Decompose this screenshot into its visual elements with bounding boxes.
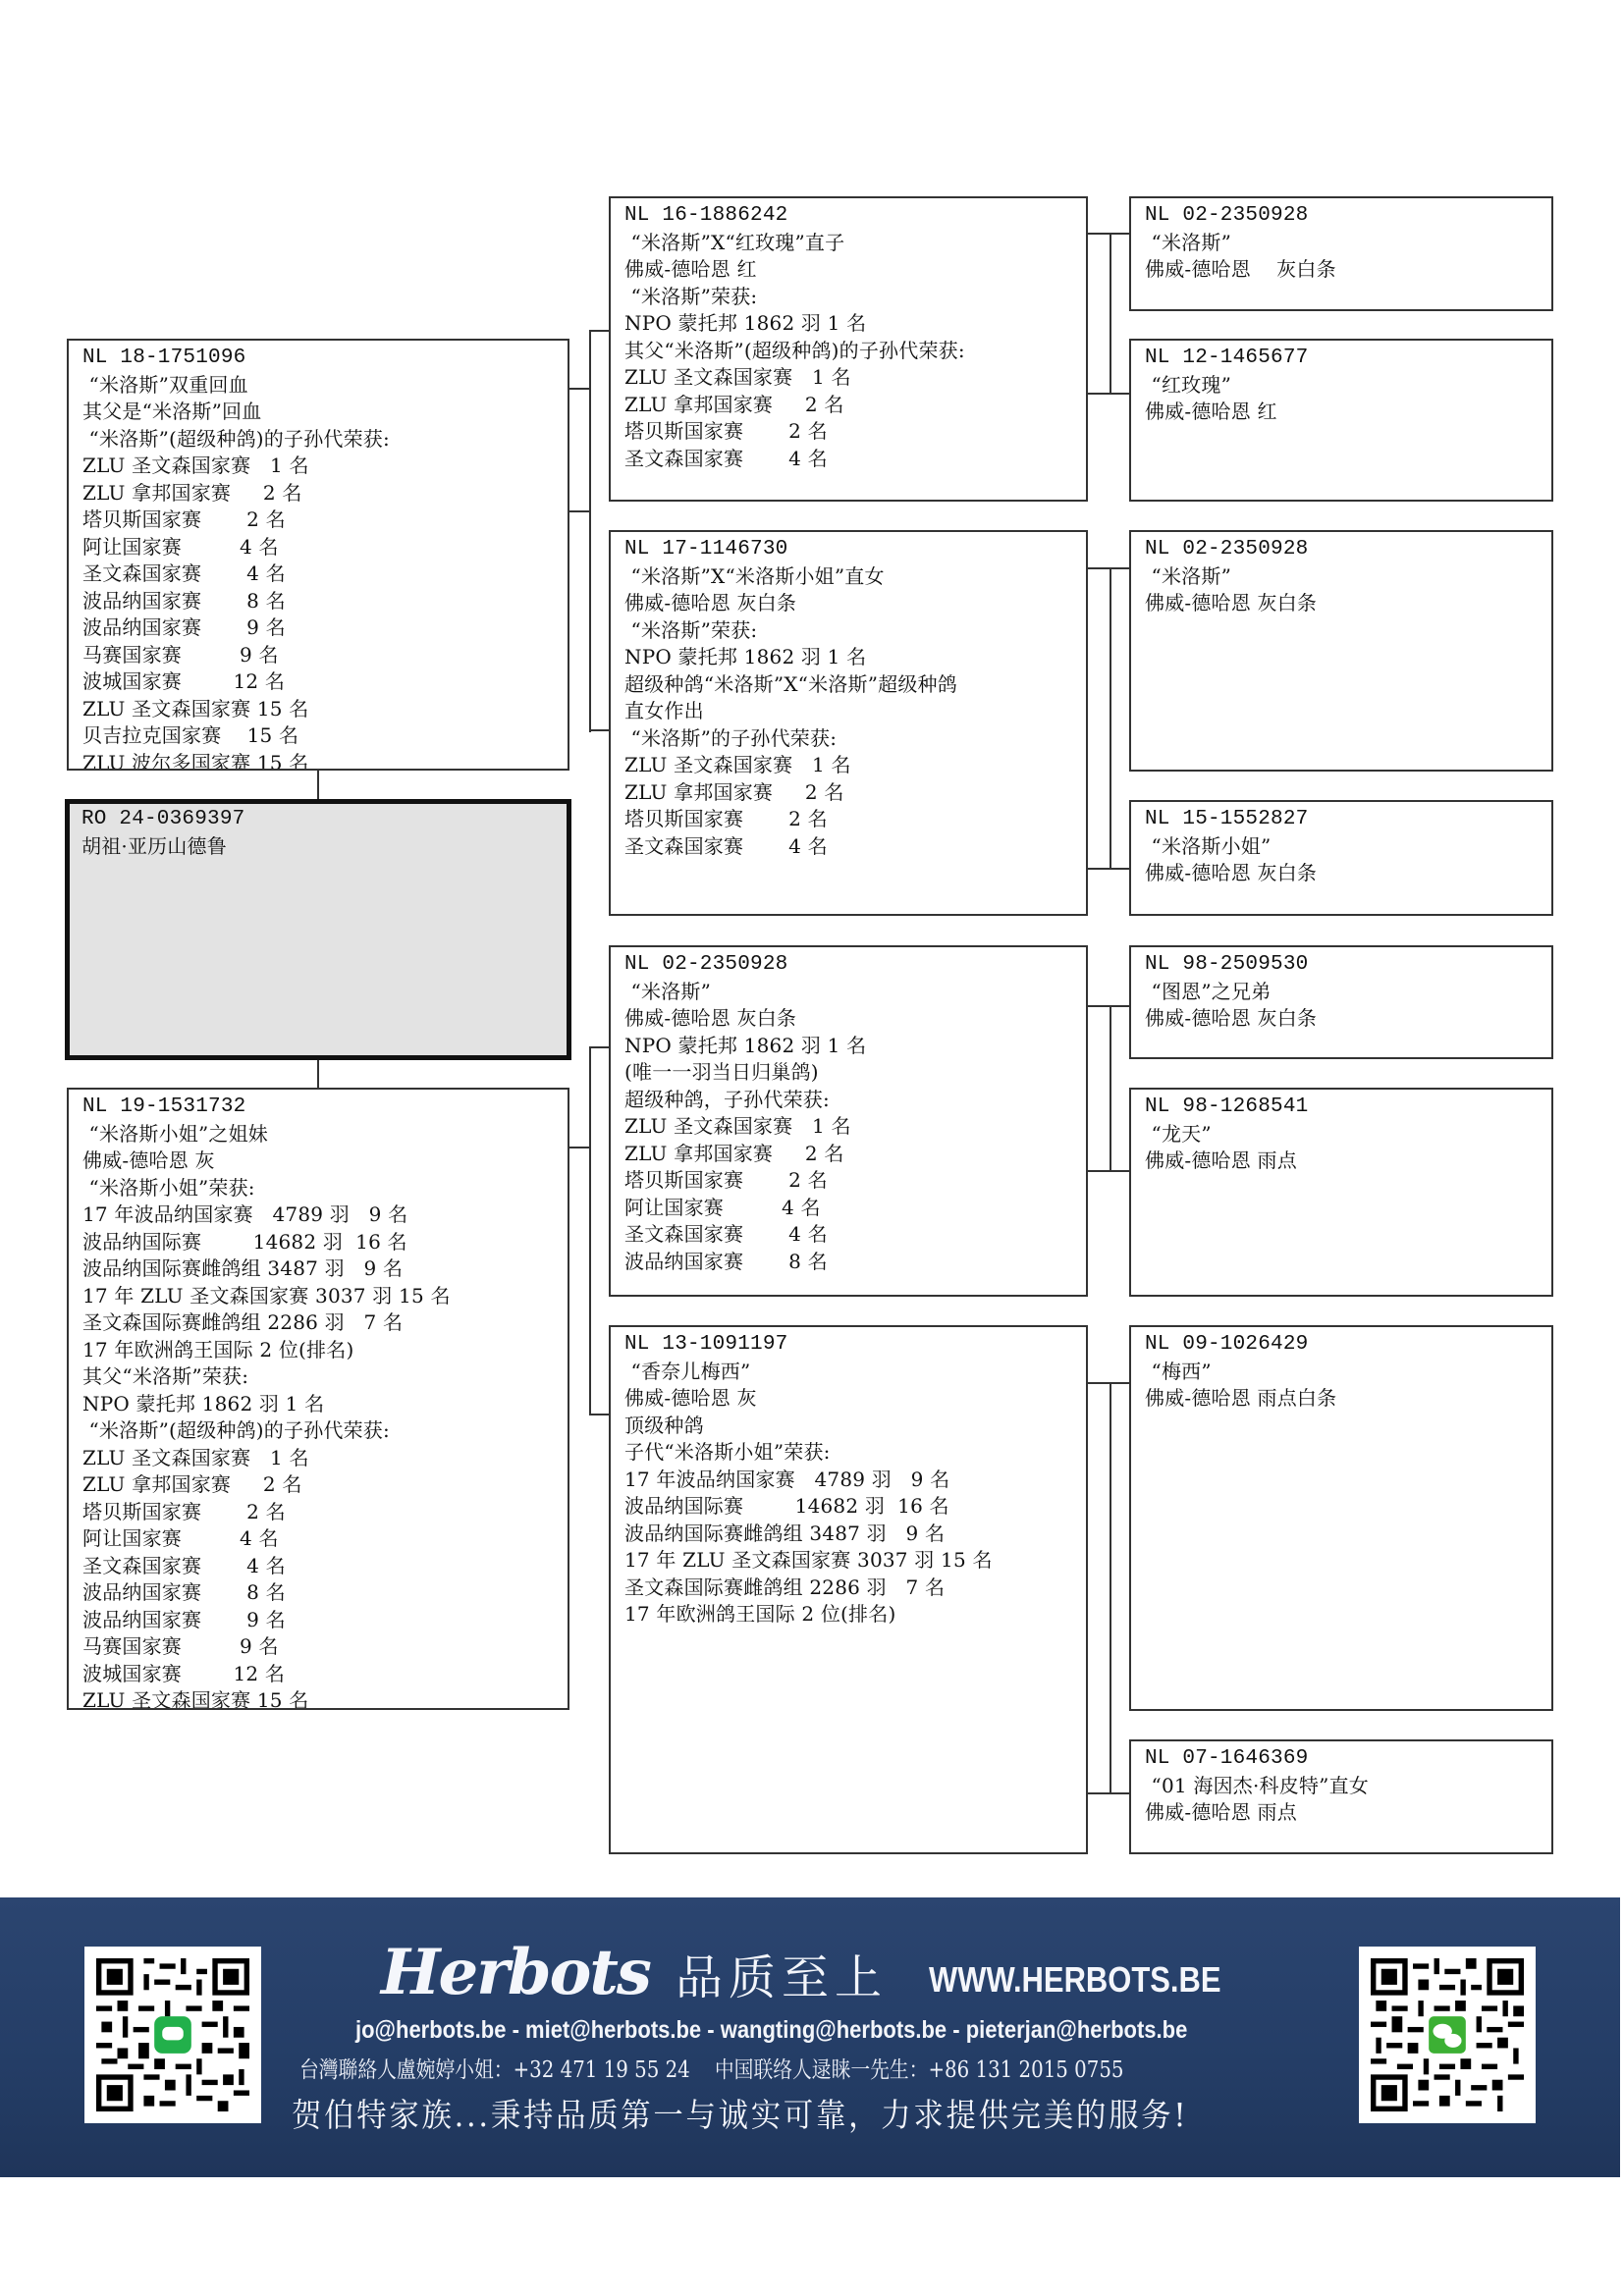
detail-line: 17 年 ZLU 圣文森国家赛 3037 羽 15 名 [624,1547,1072,1575]
detail-line: 佛威-德哈恩 灰 [624,1385,1072,1413]
connector [1110,1005,1111,1170]
detail-line: 佛威-德哈恩 雨点白条 [1145,1385,1538,1413]
details: “香奈儿梅西”佛威-德哈恩 灰顶级种鸽子代“米洛斯小姐”荣获:17 年波品纳国家… [624,1359,1072,1629]
detail-line: 佛威-德哈恩 红 [624,256,1072,284]
detail-line: 17 年波品纳国家赛 4789 羽 9 名 [624,1467,1072,1494]
ring-number: NL 15-1552827 [1145,806,1538,833]
detail-line: 塔贝斯国家赛 2 名 [624,806,1072,833]
qr-code-icon [96,1958,249,2111]
detail-line: 阿让国家赛 4 名 [82,1525,554,1553]
ring-number: NL 16-1886242 [624,202,1072,230]
company-motto: 贺伯特家族...秉持品质第一与诚实可靠，力求提供完美的服务! [292,2094,1188,2137]
detail-line: “米洛斯”的子孙代荣获: [624,725,1072,753]
detail-line: 波品纳国家赛 9 名 [82,614,554,642]
detail-line: 佛威-德哈恩 灰白条 [1145,590,1538,617]
connector [1110,1382,1111,1792]
ring-number: NL 17-1146730 [624,536,1072,563]
gen3-card-1: NL 02-2350928 “米洛斯”佛威-德哈恩 灰白条 [1129,196,1553,311]
detail-line: 佛威-德哈恩 雨点 [1145,1799,1538,1827]
detail-line: ZLU 圣文森国家赛 15 名 [82,696,554,723]
connector [1088,1005,1129,1007]
dam-card: NL 19-1531732 “米洛斯小姐”之姐妹佛威-德哈恩 灰 “米洛斯小姐”… [67,1088,569,1710]
brand-logo: Herbots [381,1939,650,2007]
detail-line: 阿让国家赛 4 名 [624,1195,1072,1222]
detail-line: 17 年 ZLU 圣文森国家赛 3037 羽 15 名 [82,1283,554,1310]
detail-line: 波城国家赛 12 名 [82,668,554,696]
details: “图恩”之兄弟佛威-德哈恩 灰白条 [1145,979,1538,1033]
detail-line: ZLU 圣文森国家赛 1 名 [82,1445,554,1472]
detail-line: ZLU 圣文森国家赛 1 名 [82,453,554,480]
connector [569,1147,589,1148]
ring-number: NL 02-2350928 [1145,536,1538,563]
detail-line: 圣文森国家赛 4 名 [624,446,1072,473]
detail-line: 圣文森国家赛 4 名 [624,1221,1072,1249]
subject-card: RO 24-0369397 胡祖·亚历山德鲁 [65,799,571,1060]
connector [589,330,591,732]
ring-number: NL 12-1465677 [1145,345,1538,372]
detail-line: 子代“米洛斯小姐”荣获: [624,1439,1072,1467]
contact-phones: 台灣聯絡人盧婉婷小姐：+32 471 19 55 24 中国联络人逯睐一先生：+… [299,2056,1124,2085]
connector [589,330,609,332]
detail-line: “香奈儿梅西” [624,1359,1072,1386]
details: 胡祖·亚历山德鲁 [81,833,555,861]
detail-line: “米洛斯”(超级种鸽)的子孙代荣获: [82,1417,554,1445]
detail-line: 波城国家赛 12 名 [82,1661,554,1688]
ring-number: NL 07-1646369 [1145,1745,1538,1773]
wechat-qr-code[interactable] [1359,1947,1536,2123]
detail-line: 直女作出 [624,698,1072,725]
details: “米洛斯小姐”之姐妹佛威-德哈恩 灰 “米洛斯小姐”荣获:17 年波品纳国家赛 … [82,1121,554,1711]
gen3-card-8: NL 07-1646369 “01 海因杰·科皮特”直女佛威-德哈恩 雨点 [1129,1739,1553,1854]
details: “米洛斯”X“红玫瑰”直子佛威-德哈恩 红 “米洛斯”荣获:NPO 蒙托邦 18… [624,230,1072,473]
details: “龙天”佛威-德哈恩 雨点 [1145,1121,1538,1175]
connector [1088,1792,1129,1794]
connector [317,771,319,800]
detail-line: 波品纳国际赛 14682 羽 16 名 [624,1493,1072,1521]
detail-line: ZLU 拿邦国家赛 2 名 [624,1141,1072,1168]
detail-line: 顶级种鸽 [624,1413,1072,1440]
detail-line: “米洛斯小姐” [1145,833,1538,861]
connector [589,1046,591,1415]
detail-line: 塔贝斯国家赛 2 名 [624,1167,1072,1195]
line-qr-code[interactable] [84,1947,261,2123]
detail-line: 17 年欧洲鸽王国际 2 位(排名) [624,1601,1072,1629]
detail-line: 塔贝斯国家赛 2 名 [82,1499,554,1526]
detail-line: ZLU 圣文森国家赛 1 名 [624,364,1072,392]
detail-line: 塔贝斯国家赛 2 名 [624,418,1072,446]
ring-number: NL 98-2509530 [1145,951,1538,979]
detail-line: 波品纳国家赛 8 名 [624,1249,1072,1276]
detail-line: 波品纳国际赛雌鸽组 3487 羽 9 名 [82,1255,554,1283]
detail-line: “米洛斯小姐”之姐妹 [82,1121,554,1148]
detail-line: “米洛斯” [1145,563,1538,591]
email-list[interactable]: jo@herbots.be - miet@herbots.be - wangti… [355,2015,1187,2045]
connector [589,729,609,731]
sire-sire-card: NL 16-1886242 “米洛斯”X“红玫瑰”直子佛威-德哈恩 红 “米洛斯… [609,196,1088,502]
connector [1088,393,1129,395]
detail-line: “米洛斯”(超级种鸽)的子孙代荣获: [82,426,554,454]
detail-line: “米洛斯”X“红玫瑰”直子 [624,230,1072,257]
detail-line: 波品纳国际赛 14682 羽 16 名 [82,1229,554,1256]
sire-card: NL 18-1751096 “米洛斯”双重回血其父是“米洛斯”回血 “米洛斯”(… [67,339,569,771]
detail-line: 波品纳国家赛 9 名 [82,1607,554,1634]
detail-line: ZLU 波尔多国家赛 15 名 [82,750,554,772]
detail-line: 其父“米洛斯”荣获: [82,1363,554,1391]
ring-number: NL 02-2350928 [624,951,1072,979]
detail-line: 其父是“米洛斯”回血 [82,399,554,426]
connector [1088,1382,1129,1384]
connector [589,1414,609,1415]
detail-line: ZLU 拿邦国家赛 2 名 [624,392,1072,419]
details: “梅西”佛威-德哈恩 雨点白条 [1145,1359,1538,1413]
footer-banner: Herbots 品质至上 WWW.HERBOTS.BE jo@herbots.b… [0,1897,1620,2177]
detail-line: 佛威-德哈恩 灰白条 [1145,1005,1538,1033]
ring-number: NL 98-1268541 [1145,1094,1538,1121]
details: “米洛斯小姐”佛威-德哈恩 灰白条 [1145,833,1538,887]
detail-line: 马赛国家赛 9 名 [82,642,554,669]
detail-line: 圣文森国际赛雌鸽组 2286 羽 7 名 [82,1309,554,1337]
ring-number: NL 19-1531732 [82,1094,554,1121]
detail-line: “01 海因杰·科皮特”直女 [1145,1773,1538,1800]
gen3-card-5: NL 98-2509530 “图恩”之兄弟佛威-德哈恩 灰白条 [1129,945,1553,1059]
detail-line: 超级种鸽，子孙代荣获: [624,1087,1072,1114]
gen3-card-4: NL 15-1552827 “米洛斯小姐”佛威-德哈恩 灰白条 [1129,800,1553,916]
detail-line: 贝吉拉克国家赛 15 名 [82,722,554,750]
gen3-card-2: NL 12-1465677 “红玫瑰”佛威-德哈恩 红 [1129,339,1553,502]
detail-line: 佛威-德哈恩 灰白条 [624,1005,1072,1033]
ring-number: NL 18-1751096 [82,345,554,372]
detail-line: ZLU 圣文森国家赛 1 名 [624,752,1072,779]
slogan: 品质至上 [676,1949,888,2007]
detail-line: NPO 蒙托邦 1862 羽 1 名 [624,310,1072,338]
detail-line: 阿让国家赛 4 名 [82,534,554,561]
details: “米洛斯”X“米洛斯小姐”直女佛威-德哈恩 灰白条 “米洛斯”荣获:NPO 蒙托… [624,563,1072,861]
connector [569,510,589,512]
detail-line: ZLU 拿邦国家赛 2 名 [82,1471,554,1499]
detail-line: “图恩”之兄弟 [1145,979,1538,1006]
details: “红玫瑰”佛威-德哈恩 红 [1145,372,1538,426]
detail-line: ZLU 圣文森国家赛 1 名 [624,1113,1072,1141]
sire-dam-card: NL 17-1146730 “米洛斯”X“米洛斯小姐”直女佛威-德哈恩 灰白条 … [609,530,1088,916]
detail-line: “红玫瑰” [1145,372,1538,400]
connector [1088,233,1129,235]
ring-number: NL 09-1026429 [1145,1331,1538,1359]
detail-line: 马赛国家赛 9 名 [82,1633,554,1661]
detail-line: 佛威-德哈恩 灰白条 [624,590,1072,617]
dam-sire-card: NL 02-2350928 “米洛斯”佛威-德哈恩 灰白条NPO 蒙托邦 186… [609,945,1088,1297]
details: “米洛斯”佛威-德哈恩 灰白条NPO 蒙托邦 1862 羽 1 名(唯一一羽当日… [624,979,1072,1276]
detail-line: 圣文森国家赛 4 名 [82,561,554,588]
detail-line: 佛威-德哈恩 雨点 [1145,1148,1538,1175]
connector [317,1058,319,1088]
connector [1088,868,1129,870]
detail-line: 佛威-德哈恩 灰白条 [1145,256,1538,284]
detail-line: (唯一一羽当日归巢鸽) [624,1059,1072,1087]
detail-line: 17 年波品纳国家赛 4789 羽 9 名 [82,1201,554,1229]
ring-number: RO 24-0369397 [81,806,555,833]
dam-dam-card: NL 13-1091197 “香奈儿梅西”佛威-德哈恩 灰顶级种鸽子代“米洛斯小… [609,1325,1088,1854]
gen3-card-3: NL 02-2350928 “米洛斯”佛威-德哈恩 灰白条 [1129,530,1553,772]
detail-line: 17 年欧洲鸽王国际 2 位(排名) [82,1337,554,1364]
detail-line: 波品纳国际赛雌鸽组 3487 羽 9 名 [624,1521,1072,1548]
detail-line: “梅西” [1145,1359,1538,1386]
detail-line: 波品纳国家赛 8 名 [82,1579,554,1607]
connector [1088,567,1129,569]
connector [1088,1170,1129,1172]
detail-line: 其父“米洛斯”(超级种鸽)的子孙代荣获: [624,338,1072,365]
connector [569,388,589,390]
detail-line: ZLU 拿邦国家赛 2 名 [624,779,1072,807]
details: “米洛斯”佛威-德哈恩 灰白条 [1145,563,1538,617]
ring-number: NL 13-1091197 [624,1331,1072,1359]
detail-line: 圣文森国家赛 4 名 [82,1553,554,1580]
ring-number: NL 02-2350928 [1145,202,1538,230]
detail-line: 胡祖·亚历山德鲁 [81,833,555,861]
detail-line: NPO 蒙托邦 1862 羽 1 名 [82,1391,554,1418]
detail-line: ZLU 圣文森国家赛 15 名 [82,1687,554,1710]
detail-line: 塔贝斯国家赛 2 名 [82,507,554,534]
connector [1110,233,1111,393]
detail-line: “龙天” [1145,1121,1538,1148]
website-link[interactable]: WWW.HERBOTS.BE [929,1958,1221,2002]
detail-line: “米洛斯”荣获: [624,284,1072,311]
detail-line: 波品纳国家赛 8 名 [82,588,554,615]
detail-line: 佛威-德哈恩 灰白条 [1145,860,1538,887]
detail-line: NPO 蒙托邦 1862 羽 1 名 [624,1033,1072,1060]
qr-code-icon [1371,1958,1524,2111]
connector [1110,567,1111,868]
detail-line: 圣文森国家赛 4 名 [624,833,1072,861]
gen3-card-6: NL 98-1268541 “龙天”佛威-德哈恩 雨点 [1129,1088,1553,1297]
details: “米洛斯”双重回血其父是“米洛斯”回血 “米洛斯”(超级种鸽)的子孙代荣获:ZL… [82,372,554,772]
detail-line: “米洛斯”荣获: [624,617,1072,645]
gen3-card-7: NL 09-1026429 “梅西”佛威-德哈恩 雨点白条 [1129,1325,1553,1711]
detail-line: “米洛斯”双重回血 [82,372,554,400]
detail-line: “米洛斯” [624,979,1072,1006]
details: “01 海因杰·科皮特”直女佛威-德哈恩 雨点 [1145,1773,1538,1827]
detail-line: NPO 蒙托邦 1862 羽 1 名 [624,644,1072,671]
detail-line: 佛威-德哈恩 红 [1145,399,1538,426]
detail-line: 超级种鸽“米洛斯”X“米洛斯”超级种鸽 [624,671,1072,699]
detail-line: 圣文森国际赛雌鸽组 2286 羽 7 名 [624,1575,1072,1602]
connector [589,1046,609,1048]
detail-line: “米洛斯小姐”荣获: [82,1175,554,1202]
detail-line: ZLU 拿邦国家赛 2 名 [82,480,554,507]
details: “米洛斯”佛威-德哈恩 灰白条 [1145,230,1538,284]
detail-line: “米洛斯”X“米洛斯小姐”直女 [624,563,1072,591]
detail-line: “米洛斯” [1145,230,1538,257]
detail-line: 佛威-德哈恩 灰 [82,1148,554,1175]
